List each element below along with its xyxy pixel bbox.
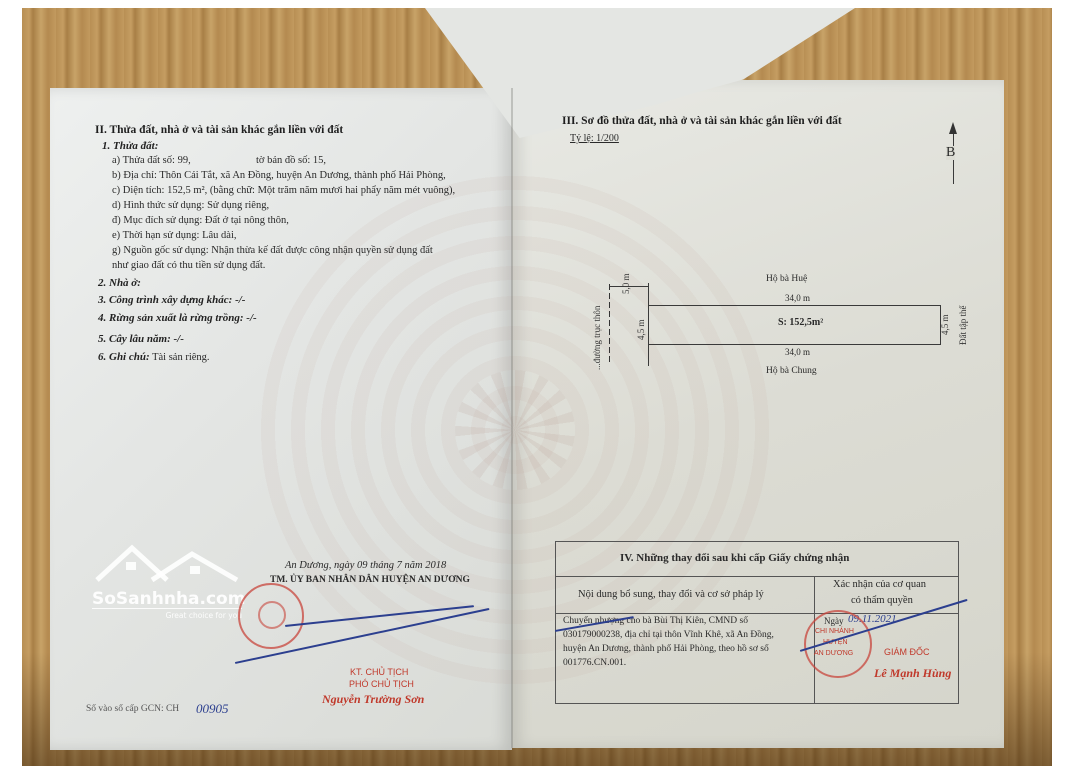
notes-value: Tài sản riêng. [152, 352, 209, 363]
registry-label: Số vào sổ cấp GCN: CH [86, 705, 179, 715]
signer-name: Nguyễn Trường Sơn [322, 693, 424, 705]
plot-boundary-bottom [648, 344, 940, 345]
section-ii-title: II. Thửa đất, nhà ở và tài sản khác gắn … [95, 125, 343, 137]
col2-header-line1: Xác nhận của cơ quan [833, 580, 926, 591]
right-width: 4,5 m [940, 314, 950, 335]
parcel-number: a) Thửa đất số: 99, [112, 156, 191, 167]
entry-line-4: 001776.CN.001. [563, 659, 626, 669]
confirm-name: Lê Mạnh Hùng [874, 667, 951, 679]
col2-header-line2: có thẩm quyền [851, 596, 913, 607]
confirm-role: GIÁM ĐỐC [884, 648, 930, 657]
road-setback: 5,0 m [621, 273, 631, 294]
land-address: b) Địa chỉ: Thôn Cái Tắt, xã An Đồng, hu… [112, 171, 446, 182]
drum-star-pattern [455, 370, 575, 490]
changes-table-title: IV. Những thay đổi sau khi cấp Giấy chứn… [620, 553, 849, 564]
column-header-content: Nội dung bổ sung, thay đổi và cơ sở pháp… [556, 577, 815, 614]
item-notes: 6. Ghi chú: Tài sản riêng. [98, 352, 210, 364]
usage-form: d) Hình thức sử dụng: Sử dụng riêng, [112, 201, 269, 212]
land-area: c) Diện tích: 152,5 m², (bằng chữ: Một t… [112, 186, 455, 197]
document-photo: II. Thửa đất, nhà ở và tài sản khác gắn … [0, 0, 1080, 782]
usage-origin-line1: g) Nguồn gốc sử dụng: Nhận thừa kế đất đ… [112, 246, 433, 257]
road-line [609, 284, 610, 364]
changes-table-title-row: IV. Những thay đổi sau khi cấp Giấy chứn… [556, 542, 958, 577]
signing-place-date: An Dương, ngày 09 tháng 7 năm 2018 [285, 561, 446, 572]
top-length: 34,0 m [785, 294, 810, 303]
east-neighbor: Đất tập thể [958, 306, 968, 346]
entry-line-3: huyện An Dương, thành phố Hải Phòng, the… [563, 645, 769, 655]
signer-role-1: KT. CHỦ TỊCH [350, 668, 408, 677]
changes-table: IV. Những thay đổi sau khi cấp Giấy chứn… [555, 541, 959, 704]
watermark-tagline: Great choice for you [92, 608, 242, 620]
setback-dimension-line [609, 286, 649, 287]
south-neighbor: Hộ bà Chung [766, 367, 817, 377]
emblem-icon [258, 601, 286, 629]
item-forest: 4. Rừng sản xuất là rừng trồng: -/- [98, 313, 257, 324]
col1-header-text: Nội dung bổ sung, thay đổi và cơ sở pháp… [578, 590, 764, 601]
plot-area-label: S: 152,5m² [778, 318, 823, 328]
notes-label: 6. Ghi chú: [98, 351, 150, 363]
north-label: B [946, 146, 955, 160]
left-width: 4,5 m [636, 319, 646, 340]
watermark-brand: SoSanhnha.com [92, 590, 242, 608]
bottom-length: 34,0 m [785, 348, 810, 357]
seal-text-1: CHI NHÁNH [815, 628, 854, 635]
issuing-authority: TM. ỦY BAN NHÂN DÂN HUYỆN AN DƯƠNG [270, 576, 470, 586]
usage-purpose: đ) Mục đích sử dụng: Đất ở tại nông thôn… [112, 216, 289, 227]
usage-term: e) Thời hạn sử dụng: Lâu dài, [112, 231, 236, 242]
usage-origin-line2: như giao đất có thu tiền sử dụng đất. [112, 261, 265, 272]
page-fold [511, 88, 513, 748]
registry-number: 00905 [196, 702, 229, 715]
entry-line-2: 030179000238, địa chỉ tại thôn Vĩnh Khê,… [563, 631, 774, 641]
map-sheet: tờ bản đồ số: 15, [256, 156, 326, 167]
branch-seal: CHI NHÁNH HUYỆN AN DƯƠNG [804, 610, 872, 678]
map-scale: Tỷ lệ: 1/200 [570, 134, 619, 144]
west-road: ...đường trục thôn [592, 306, 602, 370]
section-iii-title: III. Sơ đồ thửa đất, nhà ở và tài sản kh… [562, 116, 842, 128]
plot-boundary-left [648, 283, 649, 366]
sosanhnha-watermark: SoSanhnha.com Great choice for you [92, 540, 242, 620]
seal-text-3: AN DƯƠNG [814, 650, 853, 657]
land-heading: 1. Thửa đất: [102, 141, 158, 152]
north-neighbor: Hộ bà Huệ [766, 275, 807, 285]
item-perennial-trees: 5. Cây lâu năm: -/- [98, 334, 184, 345]
house-roof-icon [92, 540, 242, 585]
plot-boundary-top [648, 305, 940, 306]
signer-role-2: PHÓ CHỦ TỊCH [349, 680, 414, 689]
item-house: 2. Nhà ở: [98, 278, 141, 289]
district-seal [238, 583, 304, 649]
item-other-construction: 3. Công trình xây dựng khác: -/- [98, 295, 245, 306]
